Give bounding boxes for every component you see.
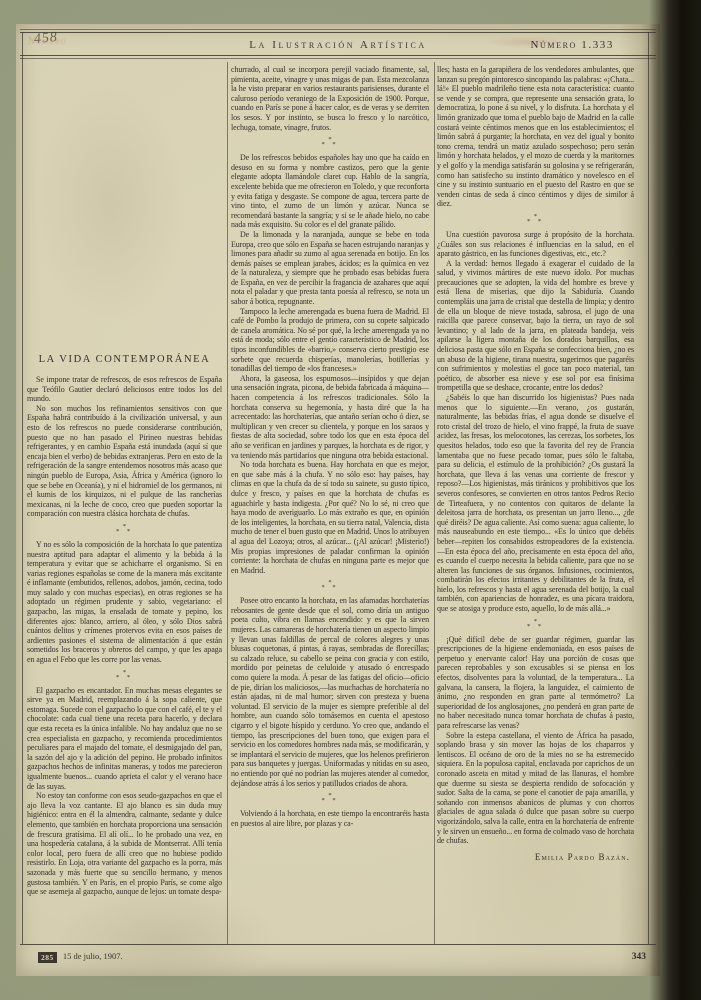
paragraph: Una cuestión pavorosa surge á propósito …: [437, 230, 634, 259]
frame-rule-top-outer: [20, 29, 656, 30]
asterism-separator: ** *: [231, 791, 429, 806]
paragraph: Sobre la estepa castellana, el viento de…: [437, 731, 634, 846]
text-columns: LA VIDA CONTEMPORÁNEASe impone tratar de…: [16, 65, 660, 943]
page-footer: 285 15 de julio, 1907. 343: [16, 951, 660, 969]
asterism-separator: ** *: [27, 522, 222, 537]
paragraph: El gazpacho es encantador. En muchas mes…: [27, 686, 222, 792]
paragraph: lles; hasta en la garapiñera de los vend…: [437, 65, 634, 209]
frame-rule-top: [20, 32, 656, 33]
paragraph: Tampoco la leche amerengada es buena fue…: [231, 307, 429, 374]
library-stamp: 285: [38, 952, 57, 963]
issue-date: 15 de julio, 1907.: [63, 951, 123, 961]
asterism-separator: ** *: [231, 135, 429, 150]
paragraph: A la verdad: hemos llegado á exagerar el…: [437, 259, 634, 393]
blank-space: [27, 65, 222, 354]
asterism-separator: ** *: [27, 668, 222, 683]
paragraph: No toda horchata es buena. Hay horchata …: [231, 460, 429, 575]
paragraph: No estoy tan conforme con esos seudo-gaz…: [27, 791, 222, 897]
paragraph: Ahora, la gaseosa, los espumosos—insípid…: [231, 374, 429, 460]
issue-number: Número 1.333: [530, 39, 614, 51]
paragraph: Posee otro encanto la horchata, en las a…: [231, 596, 429, 788]
paragraph: Volviendo á la horchata, en este tiempo …: [231, 809, 429, 828]
asterism-separator: ** *: [231, 578, 429, 593]
header-rule: [20, 55, 656, 56]
asterism-separator: ** *: [437, 617, 634, 632]
paragraph: Se impone tratar de refrescos, de esos r…: [27, 375, 222, 404]
column-2: churrado, al cual se incorpora perejil v…: [231, 65, 429, 943]
article-title: LA VIDA CONTEMPORÁNEA: [27, 354, 222, 365]
paragraph: No son muchos los refinamientos sensitiv…: [27, 404, 222, 519]
paragraph: ¿Sabéis lo que han discurrido los higien…: [437, 393, 634, 614]
binding-gutter-shadow: [649, 0, 701, 1000]
page-number: 343: [632, 952, 646, 962]
frame-rule-bottom: [20, 944, 656, 945]
paragraph: churrado, al cual se incorpora perejil v…: [231, 65, 429, 132]
header-rule-inner: [20, 58, 656, 59]
author-signature: Emilia Pardo Bazán.: [437, 852, 634, 862]
column-1: LA VIDA CONTEMPORÁNEASe impone tratar de…: [27, 65, 222, 943]
paragraph: Y no es sólo la composición de la horcha…: [27, 540, 222, 665]
scanned-page: Número 458 La Ilustración Artística Núme…: [16, 24, 660, 976]
paragraph: ¡Qué difícil debe de ser guardar régimen…: [437, 635, 634, 731]
asterism-separator: ** *: [437, 212, 634, 227]
paragraph: De la limonada y la naranjada, aunque se…: [231, 230, 429, 307]
column-3: lles; hasta en la garapiñera de los vend…: [437, 65, 634, 943]
paragraph: De los refrescos bebidos españoles hay u…: [231, 153, 429, 230]
